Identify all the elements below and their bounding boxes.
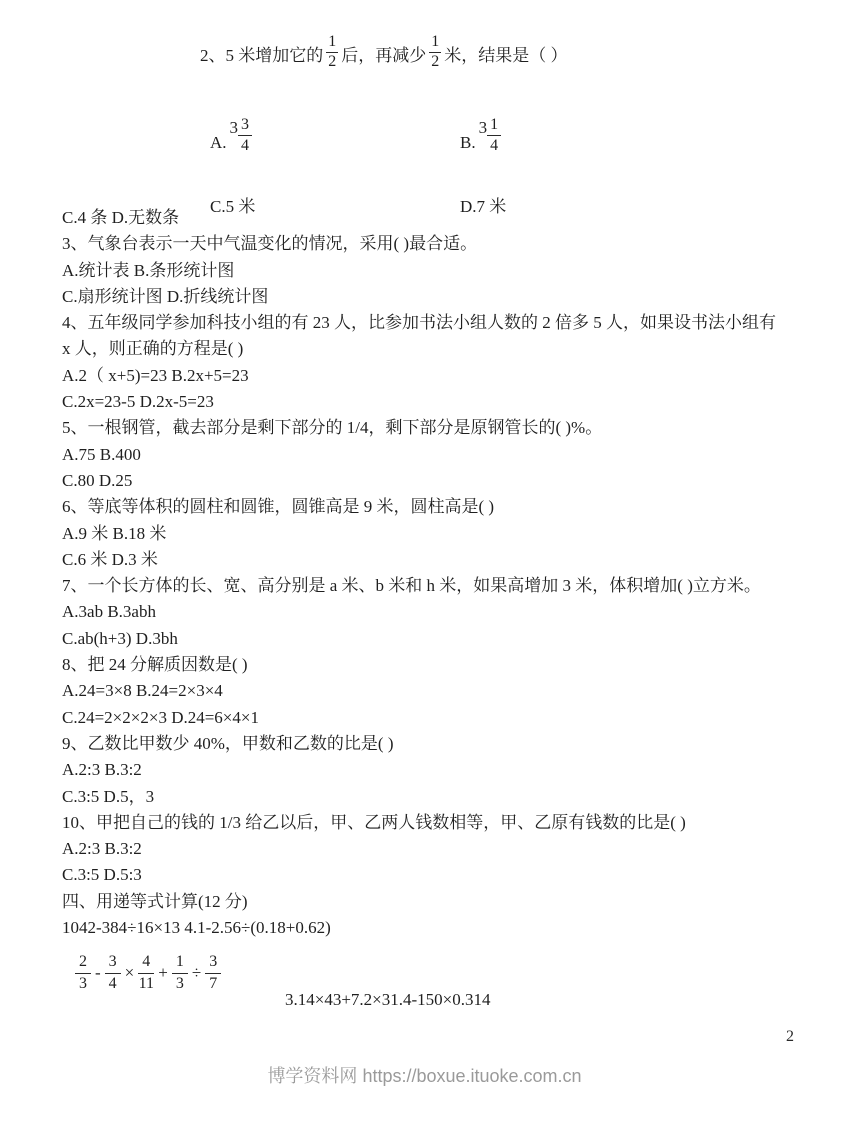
q4-options-ab: A.2（ x+5)=23 B.2x+5=23 bbox=[62, 363, 807, 389]
mixed-number: 3 3 4 bbox=[230, 116, 253, 154]
q9-options-cd: C.3:5 D.5，3 bbox=[62, 784, 807, 810]
q8-text: 8、把 24 分解质因数是( ) bbox=[62, 652, 807, 678]
q7-text: 7、一个长方体的长、宽、高分别是 a 米、b 米和 h 米，如果高增加 3 米，… bbox=[62, 573, 807, 599]
q7-options-cd: C.ab(h+3) D.3bh bbox=[62, 626, 807, 652]
fraction-denominator: 4 bbox=[105, 974, 121, 993]
fraction-numerator: 4 bbox=[138, 953, 154, 973]
fraction-one-half: 12 bbox=[326, 34, 338, 71]
fraction: 34 bbox=[105, 953, 121, 993]
q6-options-cd: C.6 米 D.3 米 bbox=[62, 547, 807, 573]
q10-text: 10、甲把自己的钱的 1/3 给乙以后，甲、乙两人钱数相等，甲、乙原有钱数的比是… bbox=[62, 810, 807, 836]
multiply-operator: × bbox=[125, 960, 135, 986]
fraction-denominator: 2 bbox=[429, 53, 441, 71]
fraction-expression: 23 - 34 × 411 + 13 ÷ 37 bbox=[75, 945, 221, 1001]
q8-options-cd: C.24=2×2×2×3 D.24=6×4×1 bbox=[62, 705, 807, 731]
whole-number: 3 bbox=[479, 116, 488, 138]
q3-options-cd: C.扇形统计图 D.折线统计图 bbox=[62, 284, 807, 310]
q2-text-start: 2、5 米增加它的 bbox=[200, 46, 323, 65]
q2-text-mid: 后，再减少 bbox=[341, 46, 426, 65]
option-label: A. bbox=[210, 133, 227, 154]
q5-options-cd: C.80 D.25 bbox=[62, 468, 807, 494]
exam-page: 2、5 米增加它的12后，再减少12米，结果是（ ） A. 3 3 4 B. 3… bbox=[0, 0, 849, 1122]
section-4-calc-line-1: 1042-384÷16×13 4.1-2.56÷(0.18+0.62) bbox=[62, 915, 807, 941]
fraction: 23 bbox=[75, 953, 91, 993]
fraction-numerator: 1 bbox=[172, 953, 188, 973]
q5-text: 5、一根钢管，截去部分是剩下部分的 1/4，剩下部分是原钢管长的( )%。 bbox=[62, 415, 807, 441]
page-number: 2 bbox=[786, 1028, 794, 1046]
q4-text-line2: x 人，则正确的方程是( ) bbox=[62, 336, 807, 362]
q2-option-b: B. 3 1 4 bbox=[460, 116, 501, 154]
q9-options-ab: A.2:3 B.3:2 bbox=[62, 757, 807, 783]
divide-operator: ÷ bbox=[192, 960, 201, 986]
fraction-numerator: 3 bbox=[238, 116, 252, 136]
q2-options-row-ab: A. 3 3 4 B. 3 1 4 bbox=[0, 116, 849, 168]
q3-text: 3、气象台表示一天中气温变化的情况，采用( )最合适。 bbox=[62, 231, 807, 257]
fraction-denominator: 2 bbox=[326, 53, 338, 71]
fraction-numerator: 1 bbox=[487, 116, 501, 136]
fraction: 37 bbox=[205, 953, 221, 993]
q10-options-cd: C.3:5 D.5:3 bbox=[62, 862, 807, 888]
mixed-number: 3 1 4 bbox=[479, 116, 502, 154]
q6-text: 6、等底等体积的圆柱和圆锥，圆锥高是 9 米，圆柱高是( ) bbox=[62, 494, 807, 520]
q9-text: 9、乙数比甲数少 40%，甲数和乙数的比是( ) bbox=[62, 731, 807, 757]
q2-text-end: 米，结果是（ ） bbox=[444, 46, 567, 65]
fraction-three-fourths: 3 4 bbox=[238, 116, 252, 154]
q6-options-ab: A.9 米 B.18 米 bbox=[62, 521, 807, 547]
q1-carryover-options-cd: C.4 条 D.无数条 bbox=[62, 205, 807, 231]
whole-number: 3 bbox=[230, 116, 239, 138]
fraction-numerator: 3 bbox=[205, 953, 221, 973]
fraction-numerator: 2 bbox=[75, 953, 91, 973]
fraction-numerator: 3 bbox=[105, 953, 121, 973]
q7-options-ab: A.3ab B.3abh bbox=[62, 599, 807, 625]
fraction-denominator: 3 bbox=[75, 974, 91, 993]
section-4-calc-line-2: 3.14×43+7.2×31.4-150×0.314 bbox=[285, 987, 807, 1013]
option-label: B. bbox=[460, 133, 476, 154]
fraction-one-half: 12 bbox=[429, 34, 441, 71]
question-list: C.4 条 D.无数条 3、气象台表示一天中气温变化的情况，采用( )最合适。 … bbox=[62, 205, 807, 1014]
watermark-text: 博学资料网 https://boxue.ituoke.com.cn bbox=[0, 1062, 849, 1088]
fraction-denominator: 3 bbox=[172, 974, 188, 993]
section-4-title: 四、用递等式计算(12 分) bbox=[62, 889, 807, 915]
q4-options-cd: C.2x=23-5 D.2x-5=23 bbox=[62, 389, 807, 415]
fraction-denominator: 4 bbox=[238, 136, 252, 155]
fraction: 411 bbox=[138, 953, 154, 993]
fraction-denominator: 7 bbox=[205, 974, 221, 993]
fraction-denominator: 4 bbox=[487, 136, 501, 155]
fraction-numerator: 1 bbox=[326, 34, 338, 53]
question-2-stem: 2、5 米增加它的12后，再减少12米，结果是（ ） bbox=[200, 34, 568, 71]
q2-option-a: A. 3 3 4 bbox=[210, 116, 252, 154]
fraction-denominator: 11 bbox=[138, 974, 154, 993]
plus-operator: + bbox=[158, 960, 168, 986]
fraction-one-fourth: 1 4 bbox=[487, 116, 501, 154]
minus-operator: - bbox=[95, 960, 101, 986]
q5-options-ab: A.75 B.400 bbox=[62, 442, 807, 468]
fraction: 13 bbox=[172, 953, 188, 993]
q8-options-ab: A.24=3×8 B.24=2×3×4 bbox=[62, 678, 807, 704]
fraction-numerator: 1 bbox=[429, 34, 441, 53]
q4-text-line1: 4、五年级同学参加科技小组的有 23 人，比参加书法小组人数的 2 倍多 5 人… bbox=[62, 310, 807, 336]
q10-options-ab: A.2:3 B.3:2 bbox=[62, 836, 807, 862]
q3-options-ab: A.统计表 B.条形统计图 bbox=[62, 258, 807, 284]
